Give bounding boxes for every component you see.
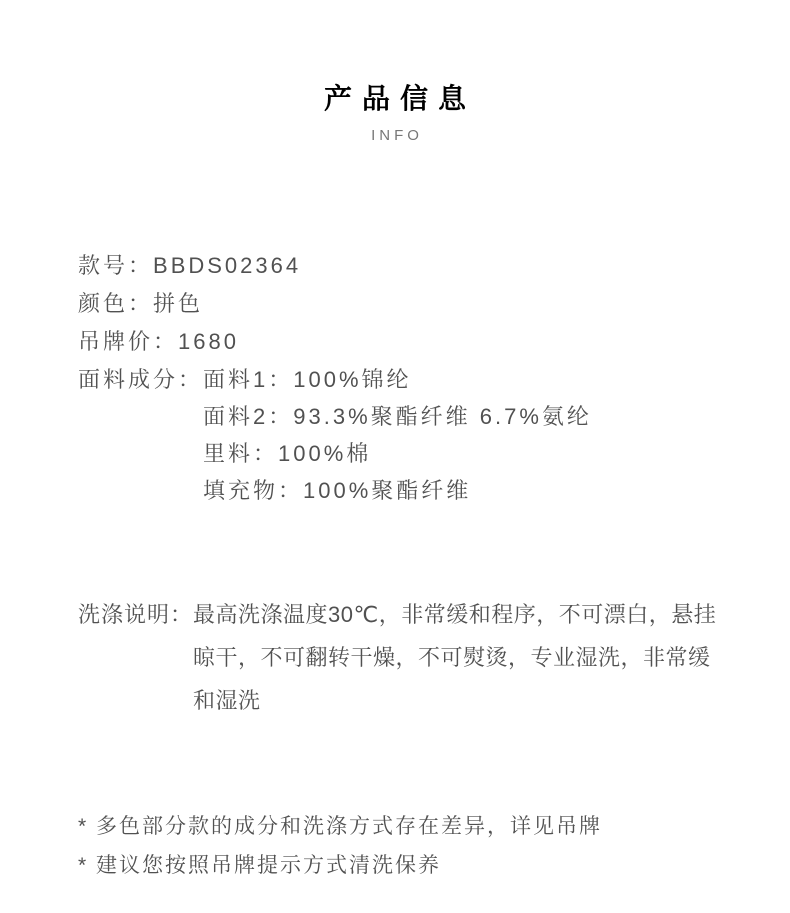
page-header: 产品信息 INFO [0, 0, 790, 145]
style-number-value: BBDS02364 [153, 253, 301, 278]
product-info-page: 产品信息 INFO 款号：BBDS02364 颜色：拼色 吊牌价：1680 面料… [0, 0, 790, 913]
fabric-composition-row: 面料成分： 面料1：100%锦纶 面料2：93.3%聚酯纤维 6.7%氨纶 里料… [78, 361, 720, 509]
tag-price-value: 1680 [178, 329, 239, 354]
page-subtitle: INFO [0, 127, 790, 145]
tag-price-row: 吊牌价：1680 [78, 323, 720, 361]
footnote-care-advice: * 建议您按照吊牌提示方式清洗保养 [78, 846, 720, 885]
footnote-composition-difference: * 多色部分款的成分和洗涤方式存在差异，详见吊牌 [78, 807, 720, 846]
style-number-label: 款号： [78, 253, 153, 278]
fabric-line-lining: 里料：100%棉 [203, 435, 592, 472]
washing-instructions-label: 洗涤说明： [78, 593, 193, 636]
product-details: 款号：BBDS02364 颜色：拼色 吊牌价：1680 面料成分： 面料1：10… [78, 247, 720, 885]
fabric-line-filling: 填充物：100%聚酯纤维 [203, 472, 592, 509]
page-title: 产品信息 [0, 82, 790, 115]
style-number-row: 款号：BBDS02364 [78, 247, 720, 285]
washing-instructions-row: 洗涤说明： 最高洗涤温度30℃，非常缓和程序，不可漂白，悬挂晾干，不可翻转干燥，… [78, 593, 720, 722]
color-value: 拼色 [153, 291, 203, 316]
footnotes: * 多色部分款的成分和洗涤方式存在差异，详见吊牌 * 建议您按照吊牌提示方式清洗… [78, 807, 720, 885]
tag-price-label: 吊牌价： [78, 329, 178, 354]
fabric-composition-label: 面料成分： [78, 361, 203, 398]
color-label: 颜色： [78, 291, 153, 316]
fabric-line-outer1: 面料1：100%锦纶 [203, 361, 592, 398]
washing-instructions-text: 最高洗涤温度30℃，非常缓和程序，不可漂白，悬挂晾干，不可翻转干燥，不可熨烫，专… [193, 593, 720, 722]
fabric-composition-lines: 面料1：100%锦纶 面料2：93.3%聚酯纤维 6.7%氨纶 里料：100%棉… [203, 361, 592, 509]
color-row: 颜色：拼色 [78, 285, 720, 323]
fabric-line-outer2: 面料2：93.3%聚酯纤维 6.7%氨纶 [203, 398, 592, 435]
